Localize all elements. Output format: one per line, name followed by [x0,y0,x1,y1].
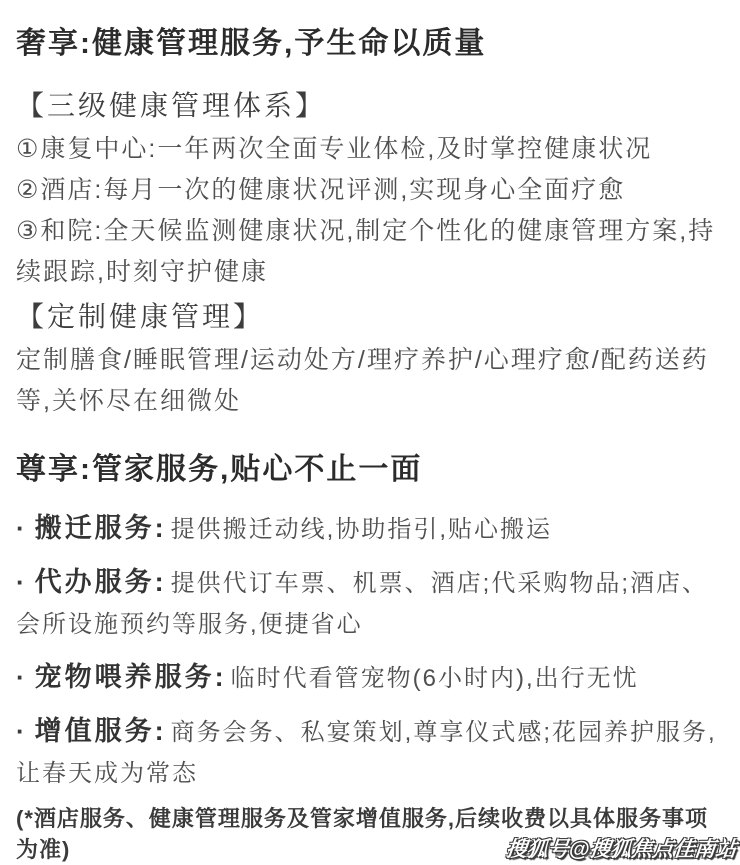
bullet-label: 增值服务: [35,716,167,746]
bullet-dot: · [16,513,27,543]
bullet-pet-service: ·宠物喂养服务:临时代看管宠物(6小时内),出行无忧 [16,657,724,699]
bullet-moving-service: ·搬迁服务:提供搬迁动线,协助指引,贴心搬运 [16,508,724,550]
bullet-desc: 提供搬迁动线,协助指引,贴心搬运 [171,516,552,543]
tier-item-residence: ③和院:全天候监测健康状况,制定个性化的健康管理方案,持续跟踪,时刻守护健康 [16,211,724,293]
bullet-dot: · [16,567,27,597]
bullet-value-added-service: ·增值服务:商务会务、私宴策划,尊享仪式感;花园养护服务,让春天成为常态 [16,711,724,794]
bullet-agency-service: ·代办服务:提供代订车票、机票、酒店;代采购物品;酒店、会所设施预约等服务,便捷… [16,562,724,645]
custom-management-heading: 【定制健康管理】 [16,299,724,334]
health-section-title: 奢享:健康管理服务,予生命以质量 [16,26,724,62]
bullet-dot: · [16,716,27,746]
article-page: 奢享:健康管理服务,予生命以质量 【三级健康管理体系】 ①康复中心:一年两次全面… [0,0,740,865]
tier-item-rehab-center: ①康复中心:一年两次全面专业体检,及时掌控健康状况 [16,129,724,170]
custom-management-body: 定制膳食/睡眠管理/运动处方/理疗养护/心理疗愈/配药送药等,关怀尽在细微处 [16,340,724,422]
bullet-label: 代办服务: [35,567,167,597]
bullet-dot: · [16,662,27,692]
tier-item-hotel: ②酒店:每月一次的健康状况评测,实现身心全面疗愈 [16,170,724,211]
butler-section-title: 尊享:管家服务,贴心不止一面 [16,452,724,488]
sohu-watermark: 搜狐号@搜狐焦点佳南站 [504,833,738,863]
bullet-desc: 临时代看管宠物(6小时内),出行无忧 [231,665,639,692]
tier-system-heading: 【三级健康管理体系】 [16,88,724,123]
bullet-label: 宠物喂养服务: [35,662,227,692]
tier-system-list: ①康复中心:一年两次全面专业体检,及时掌控健康状况 ②酒店:每月一次的健康状况评… [16,129,724,293]
bullet-label: 搬迁服务: [35,513,167,543]
